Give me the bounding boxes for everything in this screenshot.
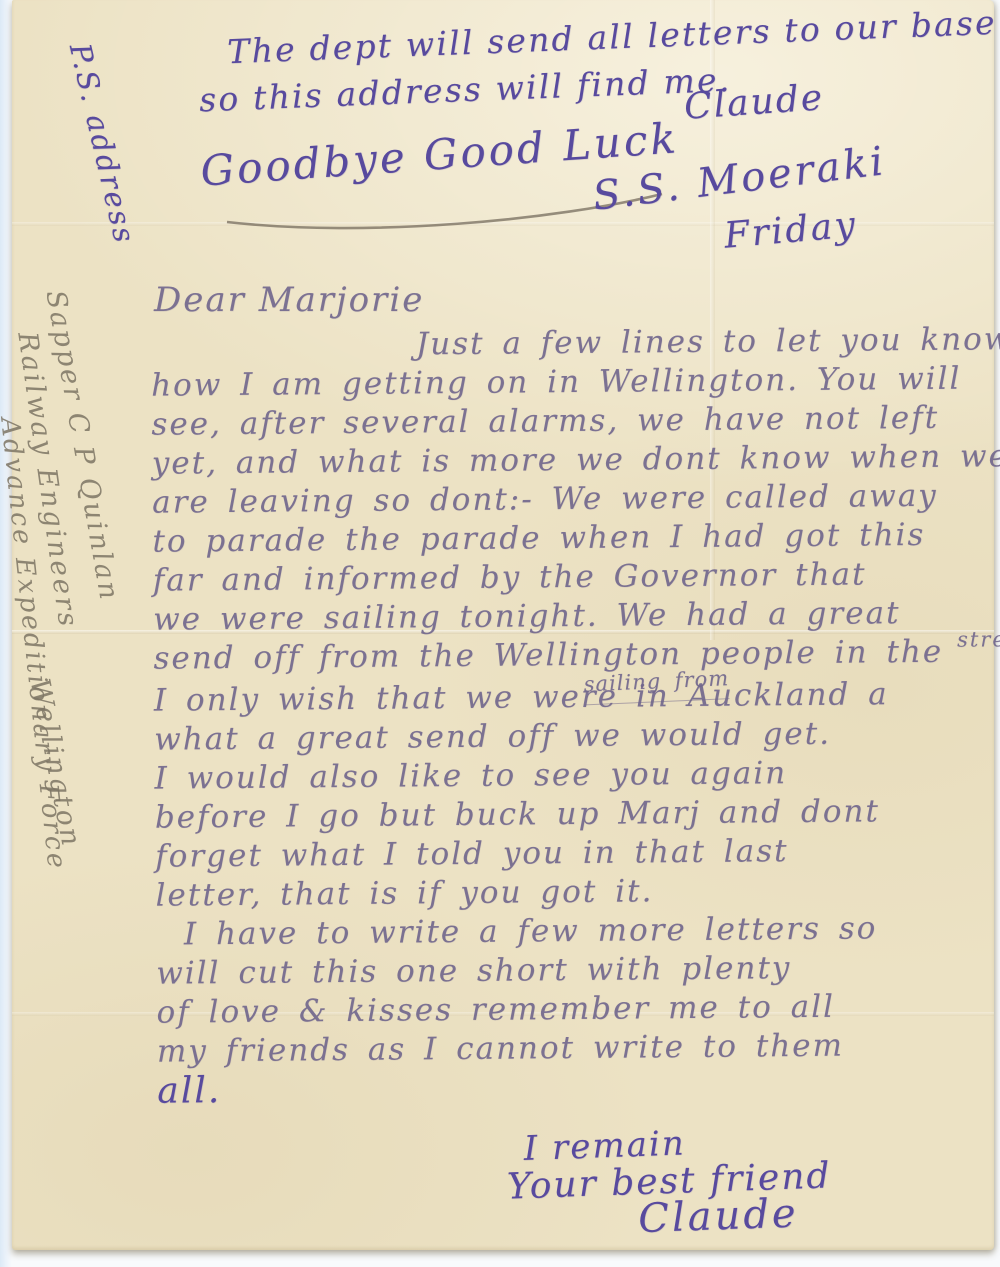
letter-body: Just a few lines to let you know how I a… xyxy=(151,320,998,1110)
margin-line-ps-address: P.S. address xyxy=(63,40,142,248)
salutation: Dear Marjorie xyxy=(154,280,424,320)
sailing-from-insertion: sailing from xyxy=(583,659,730,705)
body-line-9-text: send off from the Wellington people in t… xyxy=(153,634,943,677)
letter-page: P.S. address Sapper C P Quinlan Railway … xyxy=(12,0,994,1250)
top-note-signature: Claude xyxy=(683,77,826,128)
scanner-edge-strip xyxy=(0,0,12,1267)
body-line-9: send off from the Wellington people in t… xyxy=(153,632,993,681)
closing-block: I remain Your best friend Claude xyxy=(505,1120,833,1242)
street-superscript-note: street xyxy=(957,627,1000,652)
top-postscript-note: The dept will send all letters to our ba… xyxy=(196,0,999,123)
date-line: Friday xyxy=(722,204,859,256)
body-line-10-text: I only wish that we were in Auckland a xyxy=(154,676,889,718)
body-line-20: all. xyxy=(157,1064,997,1110)
